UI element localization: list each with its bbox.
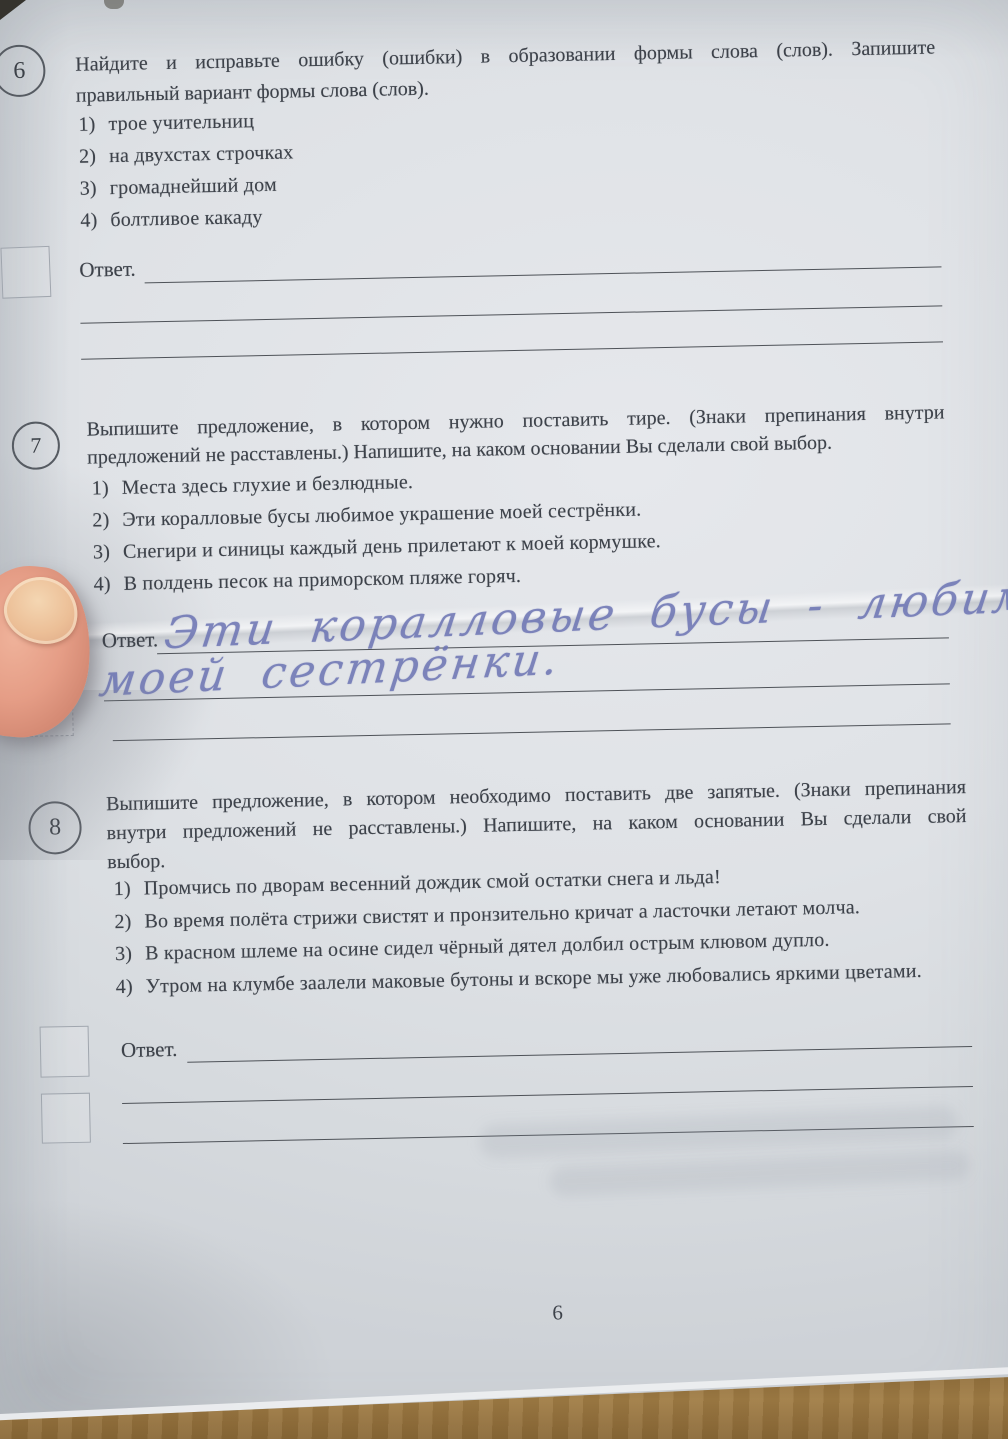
- option-number: 1): [114, 878, 144, 902]
- show-through-ghost: [549, 1150, 970, 1197]
- option-number: 2): [92, 509, 122, 533]
- question-8-score-box-2: [41, 1093, 91, 1144]
- question-8-options: 1) Промчись по дворам весенний дождик см…: [114, 860, 996, 1008]
- page-number: 6: [552, 1300, 563, 1325]
- option-number: 2): [114, 910, 144, 934]
- question-7-number-badge: 7: [11, 421, 60, 470]
- option-number: 3): [93, 541, 123, 565]
- answer-line: [187, 1046, 972, 1063]
- question-7-prompt: Выпишите предложение, в котором нужно по…: [86, 398, 945, 471]
- option-number: 4): [80, 209, 110, 233]
- answer-line: [122, 1086, 973, 1104]
- option-text: болтливое какаду: [110, 206, 263, 232]
- question-6-score-box: [0, 246, 51, 299]
- question-6-number-badge: 6: [0, 44, 46, 97]
- option-number: 2): [79, 145, 109, 169]
- option-text: на двухстах строчках: [109, 141, 294, 168]
- option-number: 4): [93, 573, 123, 597]
- option-number: 3): [115, 943, 145, 967]
- question-8-answer-label: Ответ.: [121, 1037, 178, 1063]
- option-text: Места здесь глухие и безлюдные.: [122, 471, 414, 500]
- option-number: 3): [80, 177, 110, 201]
- answer-line: [145, 266, 942, 283]
- option-text: трое учительниц: [108, 110, 254, 136]
- option-number: 4): [116, 975, 146, 999]
- question-6-options: 1) трое учительниц 2) на двухстах строчк…: [78, 96, 960, 242]
- question-7-answer-label: Ответ.: [102, 627, 159, 653]
- show-through-ghost: [478, 1105, 959, 1159]
- question-6-answer-label: Ответ.: [79, 257, 136, 283]
- worksheet-photo: 6 Найдите и исправьте ошибку (ошибки) в …: [0, 0, 1008, 1439]
- question-8-score-box-1: [40, 1026, 90, 1078]
- option-text: громаднейший дом: [110, 174, 278, 200]
- option-number: 1): [78, 113, 108, 137]
- answer-line: [81, 341, 943, 359]
- option-number: 1): [92, 477, 122, 501]
- answer-line: [80, 305, 942, 323]
